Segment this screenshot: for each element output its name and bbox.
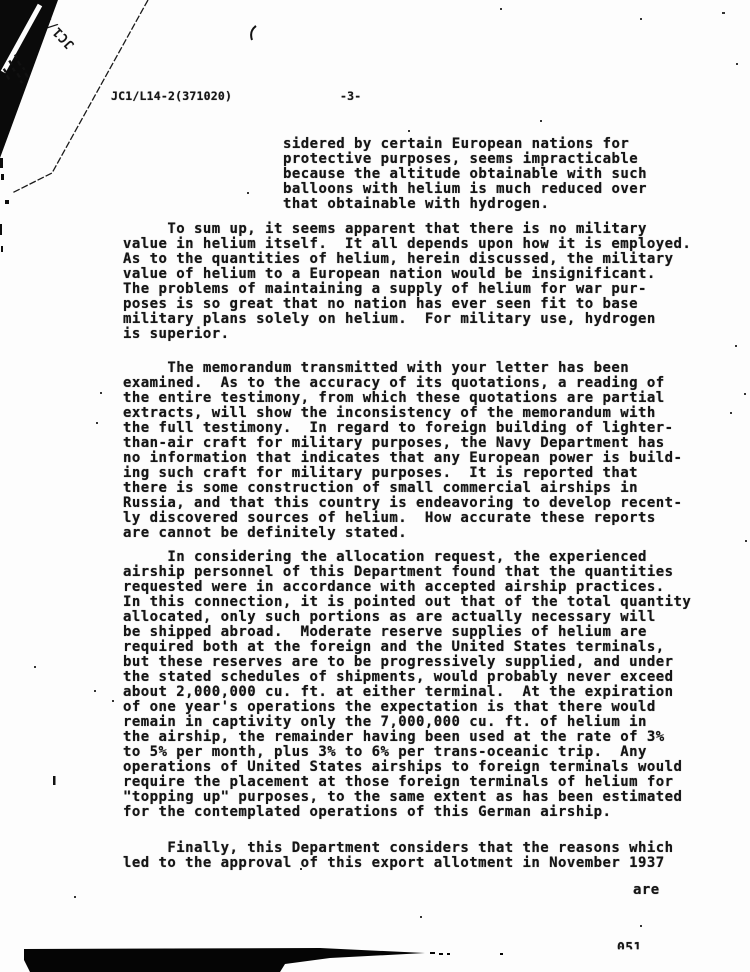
left-edge-scan-dashes [0,158,9,252]
indented-continuation-block: sidered by certain European nations for … [283,137,647,212]
stray-tick-mark [53,776,56,785]
paragraph-allocation-request: In considering the allocation request, t… [123,550,691,820]
illegible-stamp-marks [0,54,31,89]
catchword-are: are [633,883,660,898]
bottom-scan-bar-dots [430,952,503,955]
scanned-document-page: JC1/L14-2(371020) -3- sidered by certain… [0,0,750,972]
bottom-scan-bar [24,948,425,972]
document-code: JC1/L14-2(371020) [111,89,232,104]
stray-curve-mark [251,26,256,40]
paragraph-sum-up: To sum up, it seems apparent that there … [123,222,691,342]
paragraph-memorandum: The memorandum transmitted with your let… [123,361,682,541]
cutoff-page-stamp: 051 [617,941,642,956]
paragraph-finally: Finally, this Department considers that … [123,841,673,871]
page-number: -3- [340,89,361,104]
folded-corner-rotated-text: JC1/L14 [27,0,78,52]
